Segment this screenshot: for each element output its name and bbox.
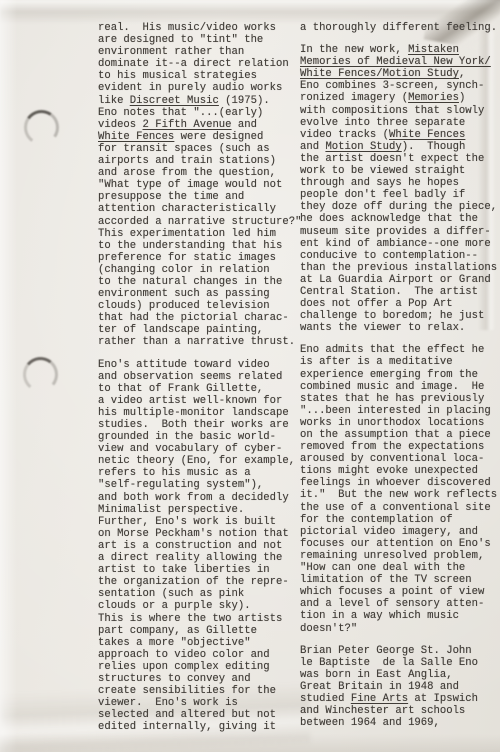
text-line: environment such as passing [98,288,308,300]
text-line: remaining unresolved problem, [300,550,500,562]
text-line: to the natural changes in the [98,276,308,288]
text-line: at La Guardia Airport or Grand [300,274,500,286]
text-line: Brian Peter George St. John [300,645,500,657]
text-line: White Fences/Motion Study, [300,68,500,80]
text-line: edited internally, giving it [98,721,308,733]
text-line: it." But the new work reflects [300,489,500,501]
underlined-title: White Fences [389,129,465,141]
paragraph: a thoroughly different feeling. [300,22,500,34]
text-line: does not offer a Pop Art [300,298,500,310]
text-line: "...been interested in placing [300,405,500,417]
paragraph: real. His music/video worksare designed … [98,22,308,349]
text-column-left: real. His music/video worksare designed … [98,22,308,743]
underlined-title: Discreet Music [130,95,219,107]
text-line: combined music and image. He [300,381,500,393]
text-line: videos 2 Fifth Avenue and [98,119,308,131]
text-line: and Winchester art schools [300,705,500,717]
text-line: approach to video color and [98,649,308,661]
text-line: like Discreet Music (1975). [98,95,308,107]
text-line: he does acknowledge that the [300,213,500,225]
text-line: the artist doesn't expect the [300,153,500,165]
text-line: people don't feel badly if [300,189,500,201]
text-line: evolve into three separate [300,117,500,129]
punch-hole-top [21,107,62,148]
text-line: takes a more "objective" [98,637,308,649]
text-line: on the assumption that a piece [300,429,500,441]
text-line: dominate it--a direct relation [98,58,308,70]
underlined-title: White Fences/Motion Study [300,68,459,80]
text-line: Eno admits that the effect he [300,344,500,356]
text-line: le Baptiste de la Salle Eno [300,657,500,669]
text-line: create sensibilities for the [98,685,308,697]
text-line: (changing color in relation [98,264,308,276]
text-line: Eno's attitude toward video [98,359,308,371]
text-line: are designed to "tint" the [98,34,308,46]
text-line: accorded a narrative structure?" [98,216,308,228]
text-line: which focuses a point of view [300,586,500,598]
text-line: viewer. Eno's work is [98,697,308,709]
underlined-title: Memories of Medieval New York/ [300,56,491,68]
text-line: the use of a conventional site [300,502,500,514]
text-line: Minimalist perspective. [98,504,308,516]
text-line: Eno combines 3-screen, synch- [300,80,500,92]
scanned-page: real. His music/video worksare designed … [0,0,500,752]
text-line: "How can one deal with the [300,562,500,574]
text-line: between 1964 and 1969, [300,717,500,729]
text-line: attention characteristically [98,203,308,215]
text-line: selected and altered but not [98,709,308,721]
text-line: aroused by conventional loca- [300,453,500,465]
text-line: airports and train stations) [98,155,308,167]
text-line: tion in a way which music [300,610,500,622]
text-line: ter of landscape painting, [98,324,308,336]
underlined-title: Mistaken [408,44,459,56]
text-line: for the contemplation of [300,514,500,526]
text-line: feelings in whoever discovered [300,477,500,489]
text-line: Central Station. The artist [300,286,500,298]
text-line: clouds or a purple sky). [98,600,308,612]
text-line: "What type of image would not [98,179,308,191]
text-line: to his musical strategies [98,70,308,82]
text-line: artist to take liberties in [98,564,308,576]
paragraph: Brian Peter George St. Johnle Baptiste d… [300,645,500,730]
text-line: and a level of sensory atten- [300,598,500,610]
paragraph: In the new work, MistakenMemories of Med… [300,44,500,334]
text-line: art is a construction and not [98,540,308,552]
text-line: to the understanding that his [98,240,308,252]
text-line: they doze off during the piece, [300,201,500,213]
page-left-edge [0,0,20,752]
text-line: focuses our attention on Eno's [300,538,500,550]
text-line: sentation (such as pink [98,588,308,600]
text-line: In the new work, Mistaken [300,44,500,56]
text-line: with compositions that slowly [300,105,500,117]
text-line: relies upon complex editing [98,661,308,673]
text-line: part company, as Gillette [98,625,308,637]
text-line: states that he has previously [300,393,500,405]
text-line: tions might evoke unexpected [300,465,500,477]
text-line: work to be viewed straight [300,165,500,177]
text-line: a thoroughly different feeling. [300,22,500,34]
text-line: and observation seems related [98,371,308,383]
text-line: on Morse Peckham's notion that [98,528,308,540]
text-line: structures to convey and [98,673,308,685]
paper-crease-top [0,0,500,24]
text-line: removed from the expectations [300,441,500,453]
text-line: museum site provides a differ- [300,226,500,238]
text-line: Further, Eno's work is built [98,516,308,528]
text-line: and arose from the question, [98,167,308,179]
text-line: doesn't?" [300,623,500,635]
paragraph: Eno's attitude toward videoand observati… [98,359,308,734]
text-line: was born in East Anglia, [300,669,500,681]
text-line: netic theory (Eno, for example, [98,455,308,467]
text-line: environment rather than [98,46,308,58]
text-line: real. His music/video works [98,22,308,34]
text-line: pictorial video imagery, and [300,526,500,538]
underlined-title: 2 Fifth Avenue [143,119,232,131]
text-line: than the previous installations [300,262,500,274]
text-line: Eno notes that "...(early) [98,107,308,119]
text-line: evident in purely audio works [98,82,308,94]
paragraph: Eno admits that the effect heis after is… [300,344,500,634]
text-line: works in unorthodox locations [300,417,500,429]
punch-hole-middle [21,355,59,393]
underlined-title: Memories [408,92,459,104]
text-line: the organization of the repre- [98,576,308,588]
text-line: experience emerging from the [300,369,500,381]
text-line: rather than a narrative thrust. [98,336,308,348]
text-line: his multiple-monitor landscape [98,407,308,419]
text-line: to that of Frank Gillette, [98,383,308,395]
text-line: This is where the two artists [98,613,308,625]
text-line: a video artist well-known for [98,395,308,407]
text-line: video tracks (White Fences [300,129,500,141]
text-line: challenge to boredom; he just [300,310,500,322]
text-line: is after is a meditative [300,356,500,368]
text-line: studied Fine Arts at Ipswich [300,693,500,705]
text-line: refers to his music as a [98,467,308,479]
underlined-title: Motion Study [325,141,401,153]
text-line: and both work from a decidedly [98,492,308,504]
text-line: This experimentation led him [98,228,308,240]
text-line: conducive to contemplation-- [300,250,500,262]
text-line: Great Britain in 1948 and [300,681,500,693]
text-line: "self-regulating system"), [98,479,308,491]
text-line: grounded in the basic world- [98,431,308,443]
underlined-title: Fine Arts [351,693,408,705]
text-line: studies. Both their works are [98,419,308,431]
text-line: a direct reality allowing the [98,552,308,564]
text-line: preference for static images [98,252,308,264]
text-line: clouds) produced television [98,300,308,312]
text-line: view and vocabulary of cyber- [98,443,308,455]
text-line: ronized imagery (Memories) [300,92,500,104]
underlined-title: White Fences [98,131,174,143]
text-line: that had the pictorial charac- [98,312,308,324]
text-line: White Fences were designed [98,131,308,143]
text-line: presuppose the time and [98,191,308,203]
text-line: wants the viewer to relax. [300,322,500,334]
text-line: and Motion Study). Though [300,141,500,153]
text-column-right: a thoroughly different feeling.In the ne… [300,22,500,739]
text-line: through and says he hopes [300,177,500,189]
text-line: Memories of Medieval New York/ [300,56,500,68]
text-line: limitation of the TV screen [300,574,500,586]
text-line: for transit spaces (such as [98,143,308,155]
text-line: ent kind of ambiance--one more [300,238,500,250]
